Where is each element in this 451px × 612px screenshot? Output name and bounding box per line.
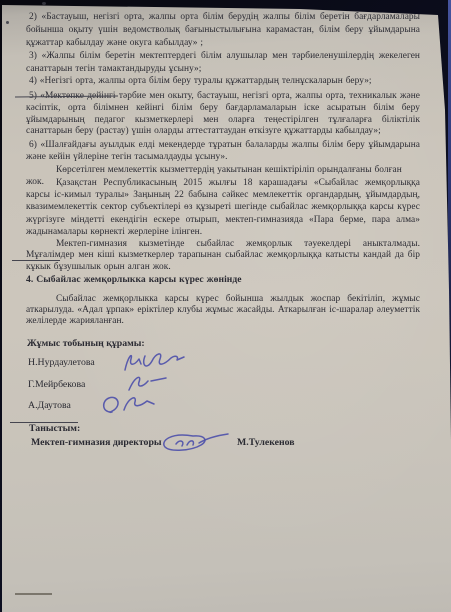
pencil-dash-mark — [15, 593, 52, 595]
paragraph-item-4: 4) «Негізгі орта, жалпы орта білім беру … — [26, 75, 420, 87]
paragraph-item-6: 6) «Шалғайдағы ауылдык елді мекендерде т… — [26, 139, 420, 163]
strikethrough-mark-acknowledgement — [10, 422, 78, 423]
paragraph-no-violations: Мектеп-гимназия кызметінде сыбайлас жемқ… — [26, 239, 420, 273]
ink-speck — [42, 2, 46, 5]
signature-director — [153, 429, 233, 455]
document-content: 2) «Бастауыш, негізгі орта, жалпы орта б… — [0, 0, 451, 612]
director-name: М.Тулекенов — [237, 437, 295, 448]
paragraph-item-3: 3) «Жалпы білім беретін мектептердегі бі… — [26, 50, 420, 76]
photographed-document: 2) «Бастауыш, негізгі орта, жалпы орта б… — [0, 0, 451, 612]
director-title: Мектеп-гимназия директоры — [31, 437, 162, 448]
margin-line-mark — [12, 260, 60, 261]
signature-dautova — [95, 391, 159, 419]
section-heading: 4. Сыбайлас жемқорлыкка карсы күрес жөні… — [26, 274, 420, 286]
paragraph-anticorruption-law: Қазақстан Республикасының 2015 жылғы 18 … — [26, 177, 420, 238]
paragraph-annual-plan: Сыбайлас жемқорлыкка карсы күрес бойынша… — [26, 294, 420, 328]
ink-speck — [6, 21, 9, 24]
paragraph-item-5: 5) «Мектепке дейінгі тәрбие мен окыту, б… — [26, 91, 420, 138]
team-member-name-2: Г.Мейрбекова — [28, 379, 85, 390]
team-member-name-3: А.Даутова — [28, 400, 71, 411]
acknowledgement-label: Таныстым: — [29, 423, 80, 434]
paragraph-item-2: 2) «Бастауыш, негізгі орта, жалпы орта б… — [26, 11, 420, 50]
team-member-name-1: Н.Нурдаулетова — [28, 357, 95, 368]
